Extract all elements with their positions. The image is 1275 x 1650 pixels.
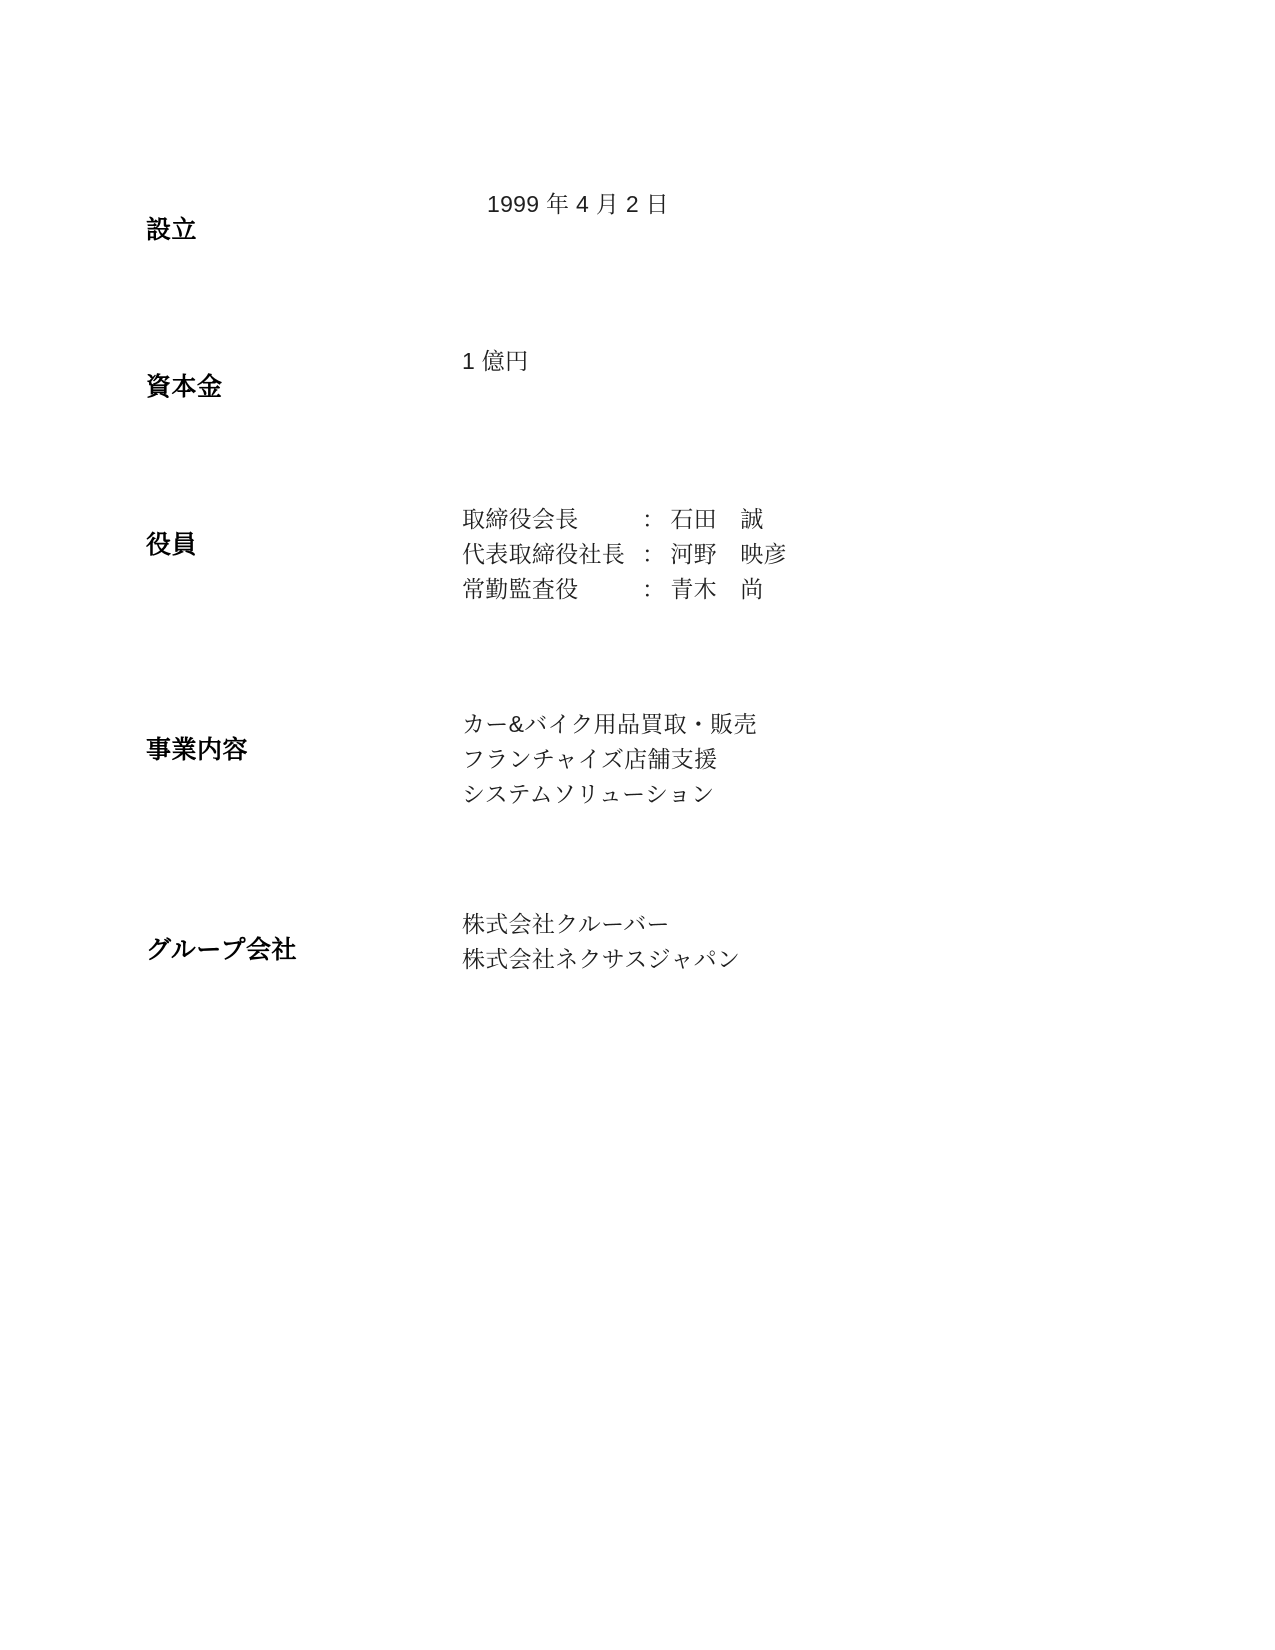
info-row-capital: 資本金 1 億円 xyxy=(146,344,1275,402)
row-value-officers: 取締役会長 ： 石田 誠 代表取締役社長 ： 河野 映彦 常勤監査役 ： 青木 … xyxy=(462,502,787,607)
row-label-officers: 役員 xyxy=(146,502,462,560)
officer-title: 代表取締役社長 xyxy=(462,537,642,572)
officer-line: 代表取締役社長 ： 河野 映彦 xyxy=(462,537,787,572)
business-line: カー&バイク用品買取・販売 xyxy=(462,707,757,742)
info-row-group-companies: グループ会社 株式会社クルーバー 株式会社ネクサスジャパン xyxy=(146,907,1275,977)
group-company-line: 株式会社クルーバー xyxy=(462,907,740,942)
info-row-business: 事業内容 カー&バイク用品買取・販売 フランチャイズ店舗支援 システムソリューシ… xyxy=(146,707,1275,812)
row-value-capital: 1 億円 xyxy=(462,344,528,379)
officer-name: 石田 誠 xyxy=(670,502,763,537)
business-line: フランチャイズ店舗支援 xyxy=(462,742,757,777)
row-value-establishment: 1999 年 4 月 2 日 xyxy=(487,187,669,222)
officer-line: 取締役会長 ： 石田 誠 xyxy=(462,502,787,537)
officer-line: 常勤監査役 ： 青木 尚 xyxy=(462,572,787,607)
officer-title: 取締役会長 xyxy=(462,502,642,537)
row-label-business: 事業内容 xyxy=(146,707,462,765)
info-row-officers: 役員 取締役会長 ： 石田 誠 代表取締役社長 ： 河野 映彦 常勤監査役 ： … xyxy=(146,502,1275,607)
officer-separator: ： xyxy=(642,572,665,607)
officer-title: 常勤監査役 xyxy=(462,572,642,607)
officer-separator: ： xyxy=(642,537,665,572)
company-profile-document: 設立 1999 年 4 月 2 日 資本金 1 億円 役員 取締役会長 ： 石田… xyxy=(0,0,1275,977)
row-value-business: カー&バイク用品買取・販売 フランチャイズ店舗支援 システムソリューション xyxy=(462,707,757,812)
info-row-establishment: 設立 1999 年 4 月 2 日 xyxy=(146,187,1275,245)
row-label-capital: 資本金 xyxy=(146,344,462,402)
group-company-line: 株式会社ネクサスジャパン xyxy=(462,942,740,977)
row-label-group-companies: グループ会社 xyxy=(146,907,462,965)
business-line: システムソリューション xyxy=(462,777,757,812)
row-label-establishment: 設立 xyxy=(146,187,462,245)
officer-name: 河野 映彦 xyxy=(670,537,787,572)
officer-name: 青木 尚 xyxy=(670,572,763,607)
row-value-group-companies: 株式会社クルーバー 株式会社ネクサスジャパン xyxy=(462,907,740,977)
officer-separator: ： xyxy=(642,502,665,537)
